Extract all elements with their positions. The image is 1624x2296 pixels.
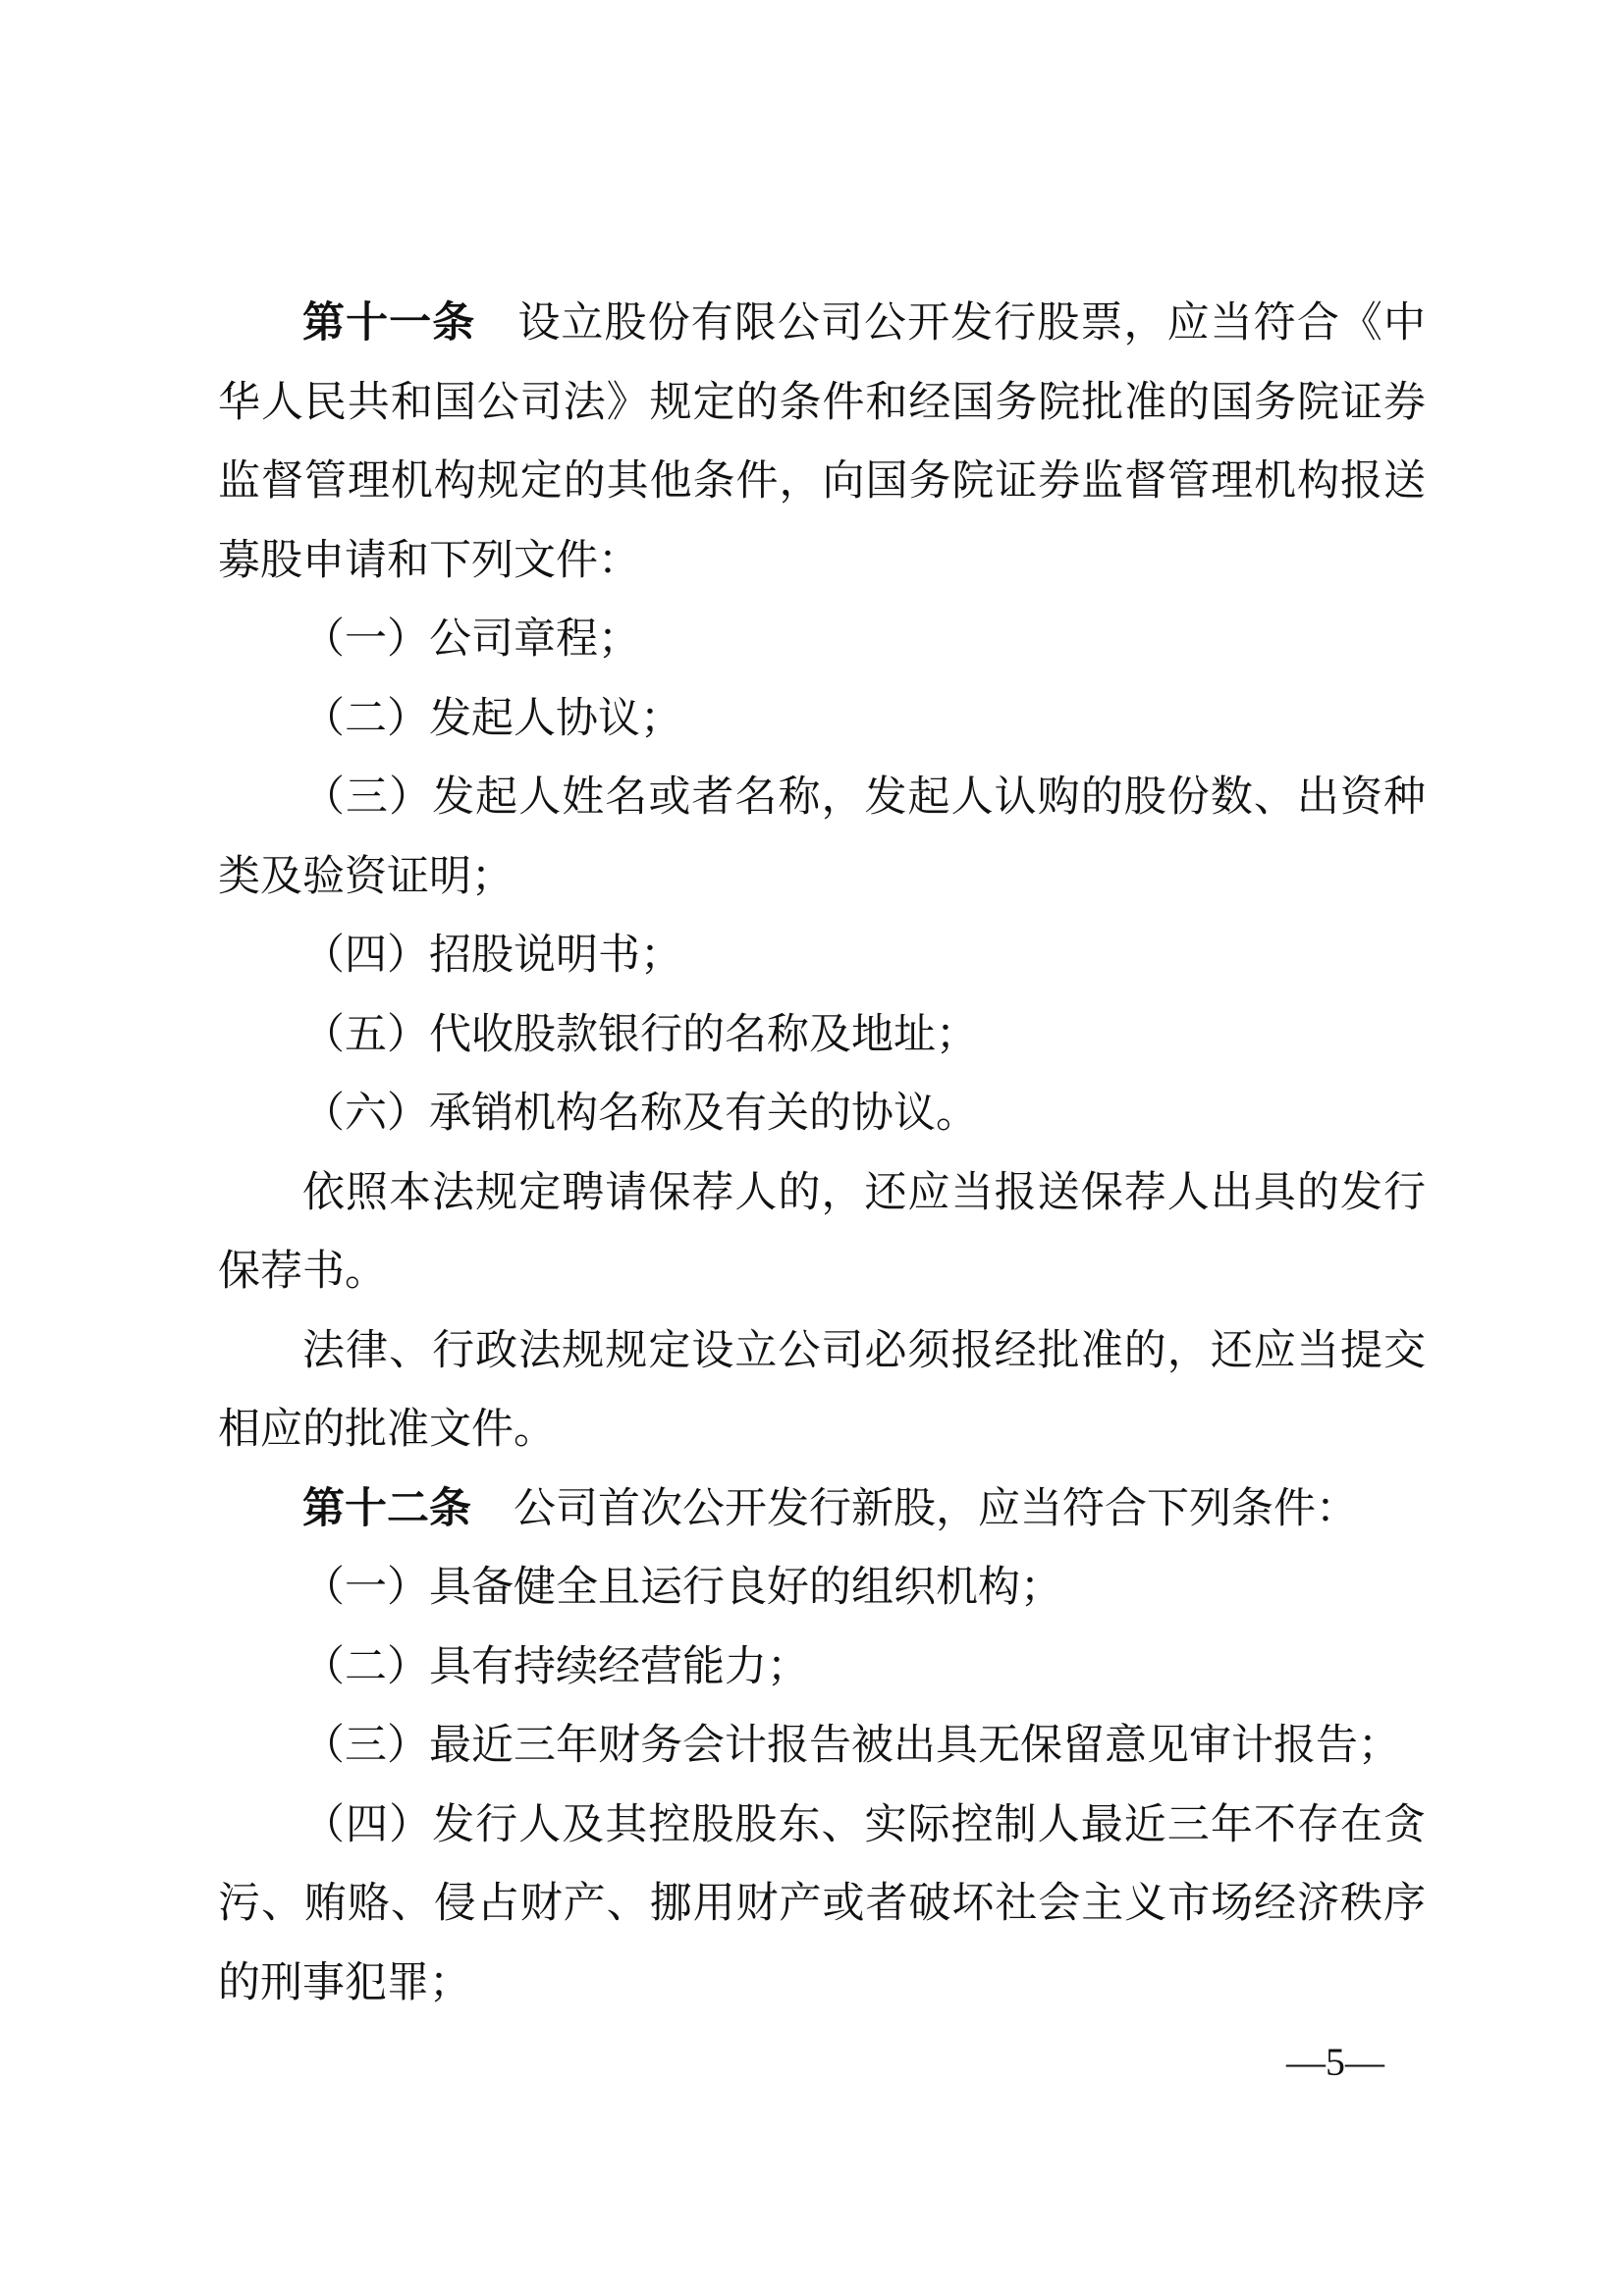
paragraph: 法律、行政法规规定设立公司必须报经批准的，还应当提交相应的批准文件。 xyxy=(218,1312,1426,1470)
paragraph: （二）具有持续经营能力； xyxy=(218,1629,1426,1708)
article-number: 第十二条 xyxy=(302,1486,471,1532)
paragraph: （二）发起人协议； xyxy=(218,680,1426,760)
paragraph: （四）招股说明书； xyxy=(218,917,1426,996)
paragraph: （三）发起人姓名或者名称，发起人认购的股份数、出资种类及验资证明； xyxy=(218,759,1426,917)
page-number: —5— xyxy=(1286,2040,1384,2085)
document-page: 第十一条设立股份有限公司公开发行股票，应当符合《中华人民共和国公司法》规定的条件… xyxy=(0,0,1624,2296)
article-paragraph: 第十二条公司首次公开发行新股，应当符合下列条件： xyxy=(218,1470,1426,1550)
paragraph: （六）承销机构名称及有关的协议。 xyxy=(218,1075,1426,1154)
paragraph: （一）公司章程； xyxy=(218,601,1426,680)
paragraph: （三）最近三年财务会计报告被出具无保留意见审计报告； xyxy=(218,1707,1426,1787)
document-body: 第十一条设立股份有限公司公开发行股票，应当符合《中华人民共和国公司法》规定的条件… xyxy=(218,285,1426,2023)
paragraph: （五）代收股款银行的名称及地址； xyxy=(218,996,1426,1076)
article-number: 第十一条 xyxy=(302,300,475,347)
paragraph: 依照本法规定聘请保荐人的，还应当报送保荐人出具的发行保荐书。 xyxy=(218,1154,1426,1312)
article-paragraph: 第十一条设立股份有限公司公开发行股票，应当符合《中华人民共和国公司法》规定的条件… xyxy=(218,285,1426,601)
paragraph: （一）具备健全且运行良好的组织机构； xyxy=(218,1549,1426,1629)
paragraph: （四）发行人及其控股股东、实际控制人最近三年不存在贪污、贿赂、侵占财产、挪用财产… xyxy=(218,1787,1426,2024)
